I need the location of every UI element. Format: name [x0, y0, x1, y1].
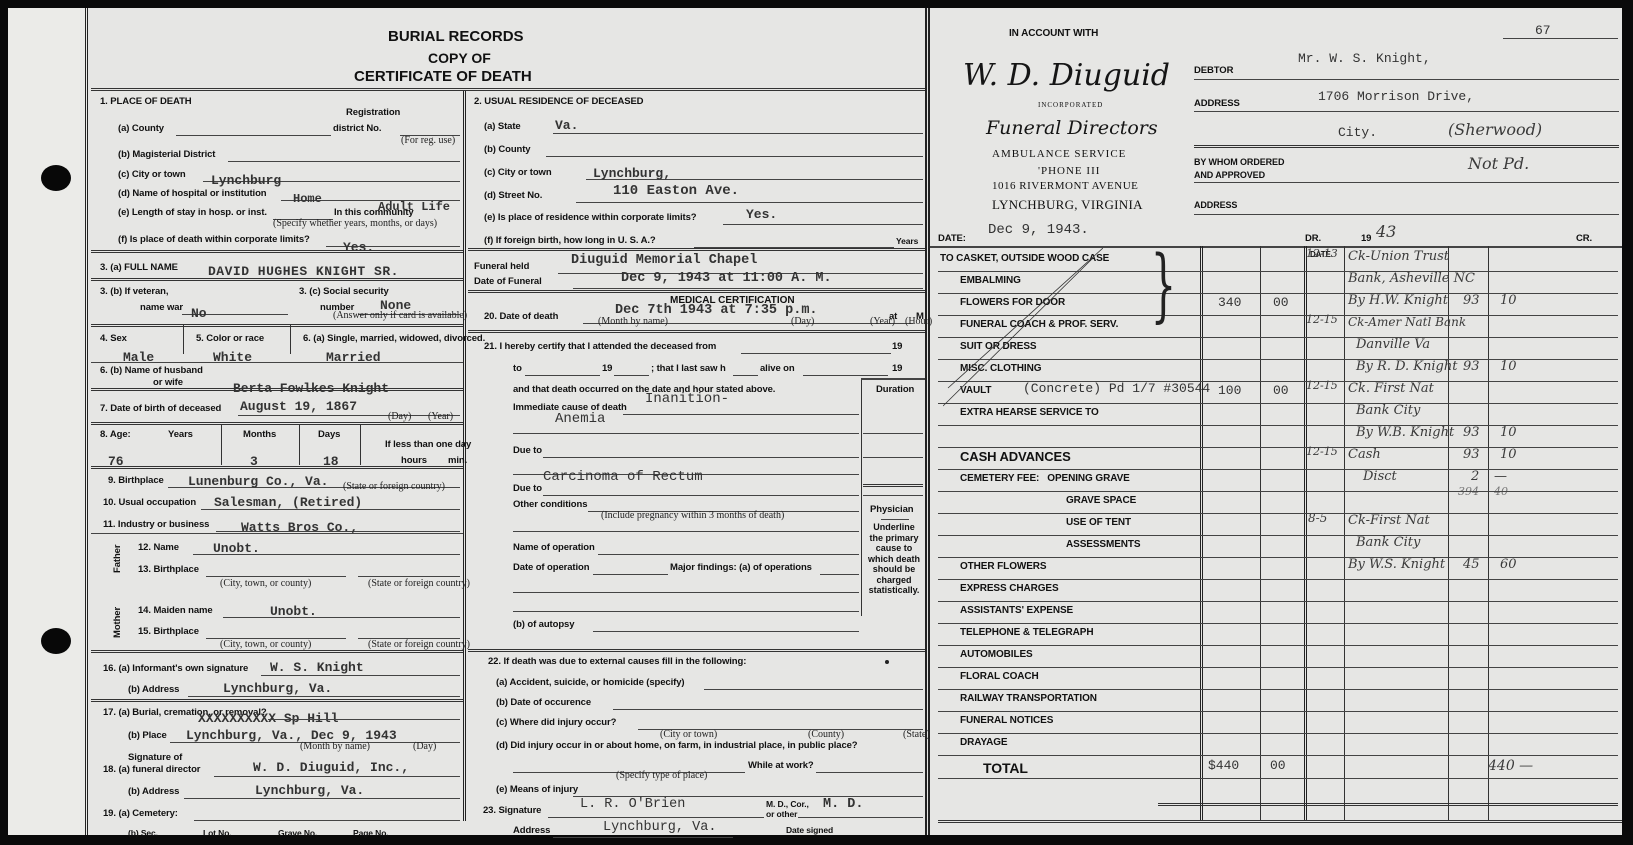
ledger-row: DRAYAGE: [938, 733, 1622, 755]
residence-city-value: Lynchburg,: [593, 166, 671, 181]
ledger-row: ASSISTANTS' EXPENSE: [938, 601, 1622, 623]
place-city-value: Lynchburg: [211, 173, 281, 188]
name-war-value: No: [191, 306, 207, 321]
account-date-value: Dec 9, 1943.: [988, 222, 1089, 238]
physician-note: Underline the primary cause to which dea…: [863, 522, 925, 596]
ledger-row: FUNERAL NOTICES: [938, 711, 1622, 733]
physician-signature-value: L. R. O'Brien: [580, 797, 685, 812]
section-place-of-death: 1. PLACE OF DEATH: [100, 96, 192, 107]
ledger-row: CASH ADVANCES 12-15 Cash 93 10: [938, 447, 1622, 469]
informant-signature-value: W. S. Knight: [270, 660, 364, 675]
residence-corporate-value: Yes.: [746, 207, 777, 222]
ledger-row: FLORAL COACH: [938, 667, 1622, 689]
ledger-page-number: 67: [1535, 23, 1551, 38]
director-value: W. D. Diuguid, Inc.,: [253, 760, 409, 775]
occupation-value: Salesman, (Retired): [214, 495, 362, 510]
in-account-with: IN ACCOUNT WITH: [1009, 28, 1098, 39]
residence-state-value: Va.: [555, 118, 578, 133]
immediate-cause-value: Inanition-: [645, 391, 729, 407]
ledger-row: By W.B. Knight 93 10: [938, 425, 1622, 447]
company-tagline: Funeral Directors: [986, 117, 1158, 139]
burial-record-page: BURIAL RECORDS COPY OF CERTIFICATE OF DE…: [8, 8, 1622, 835]
mother-name-value: Unobt.: [270, 604, 317, 619]
total-dollars: $440: [1208, 758, 1239, 773]
physician-address-value: Lynchburg, Va.: [603, 820, 716, 835]
external-causes-title: 22. If death was due to external causes …: [488, 656, 746, 667]
physician-note-title: Physician: [870, 504, 913, 515]
strike-lines: [943, 248, 1103, 408]
community-value: Adult Life: [378, 200, 450, 214]
md-value: M. D.: [823, 797, 864, 812]
ledger-row: RAILWAY TRANSPORTATION: [938, 689, 1622, 711]
ledger-row: GRAVE SPACE 394 40: [938, 491, 1622, 513]
ledger-row: CEMETERY FEE: OPENING GRAVE Disct 2 —: [938, 469, 1622, 491]
funeral-held-value: Diuguid Memorial Chapel: [571, 253, 757, 268]
header-certificate-of-death: CERTIFICATE OF DEATH: [354, 68, 532, 85]
full-name-value: DAVID HUGHES KNIGHT SR.: [208, 264, 399, 279]
birthplace-value: Lunenburg Co., Va.: [188, 474, 328, 489]
address-handwritten-note: (Sherwood): [1448, 120, 1542, 139]
brace-icon: }: [1151, 245, 1176, 325]
not-paid-note: Not Pd.: [1468, 154, 1529, 173]
street-value: 110 Easton Ave.: [613, 183, 739, 199]
total-credit: 440 —: [1488, 758, 1533, 774]
section-divider: [925, 8, 930, 835]
ledger-row: EXPRESS CHARGES: [938, 579, 1622, 601]
year-value: 43: [1376, 222, 1396, 241]
informant-address-value: Lynchburg, Va.: [223, 681, 332, 696]
hospital-value: Home: [293, 192, 322, 206]
punch-hole-icon: [41, 628, 71, 654]
section-residence: 2. USUAL RESIDENCE OF DECEASED: [474, 96, 643, 107]
dob-value: August 19, 1867: [240, 399, 357, 414]
company-logo: W. D. Diuguid: [963, 58, 1170, 93]
total-label: TOTAL: [983, 760, 1028, 776]
ledger-row: TELEPHONE & TELEGRAPH: [938, 623, 1622, 645]
total-cents: 00: [1270, 758, 1286, 773]
debtor-city-value: City.: [1338, 125, 1377, 140]
ledger-row: AUTOMOBILES: [938, 645, 1622, 667]
punch-hole-icon: [41, 165, 71, 191]
debtor-value: Mr. W. S. Knight,: [1298, 51, 1431, 66]
funeral-date-value: Dec 9, 1943 at 11:00 A. M.: [621, 271, 832, 286]
ledger-row: OTHER FLOWERS By W.S. Knight 45 60: [938, 557, 1622, 579]
ledger-row: USE OF TENT 8-5 Ck-First Nat: [938, 513, 1622, 535]
ledger-row: ASSESSMENTS Bank City: [938, 535, 1622, 557]
due-to-2-value: Carcinoma of Rectum: [543, 469, 703, 485]
father-name-value: Unobt.: [213, 541, 260, 556]
header-burial-records: BURIAL RECORDS: [388, 28, 524, 45]
due-to-1-value: Anemia: [555, 411, 605, 427]
binder-margin: [8, 8, 88, 835]
debtor-address-value: 1706 Morrison Drive,: [1318, 89, 1474, 104]
header-copy-of: COPY OF: [428, 50, 491, 66]
director-address-value: Lynchburg, Va.: [255, 783, 364, 798]
